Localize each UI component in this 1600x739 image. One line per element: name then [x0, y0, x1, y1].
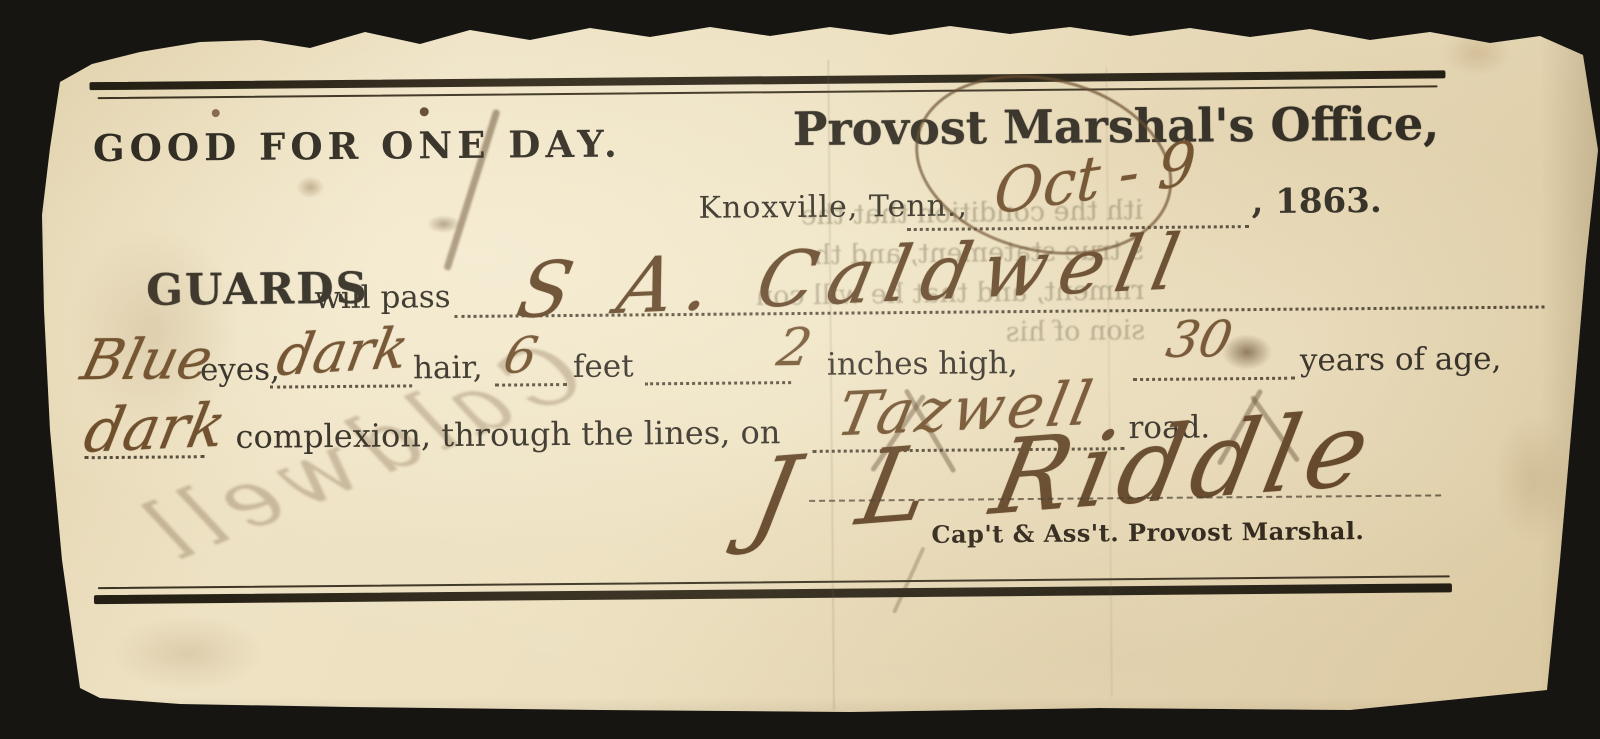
paper-stain: [1442, 30, 1512, 77]
handwritten-eye-color: Blue: [75, 327, 219, 393]
route-label: complexion, through the lines, on: [235, 413, 780, 456]
age-label: years of age,: [1300, 341, 1502, 379]
hair-label: hair,: [413, 350, 483, 387]
scanned-pass-photo: ith the condition that the s true statem…: [0, 0, 1600, 739]
paper-sheet: ith the condition that the s true statem…: [0, 0, 1600, 739]
handwritten-hair-color: dark: [272, 316, 414, 390]
validity-heading: GOOD FOR ONE DAY.: [93, 122, 622, 171]
handwritten-age: 30: [1162, 310, 1237, 369]
ink-speck: [212, 109, 220, 117]
signature-title: Cap't & Ass't. Provost Marshal.: [931, 516, 1364, 549]
place-label: Knoxville, Tenn.,: [698, 189, 968, 226]
inches-dotted-line: [645, 381, 791, 385]
year-label: , 1863.: [1251, 181, 1381, 222]
will-pass-label: will pass: [314, 279, 451, 316]
document-content: ith the condition that the s true statem…: [0, 0, 1600, 739]
feet-label: feet: [573, 348, 634, 385]
paper-stain: [112, 615, 263, 692]
age-dotted-line: [1133, 377, 1295, 381]
paper-stain: [296, 176, 324, 198]
paper-stain: [1492, 413, 1573, 544]
ink-speck: [420, 107, 429, 116]
eyes-label: eyes,: [200, 352, 280, 389]
paper-crease: [827, 60, 835, 710]
